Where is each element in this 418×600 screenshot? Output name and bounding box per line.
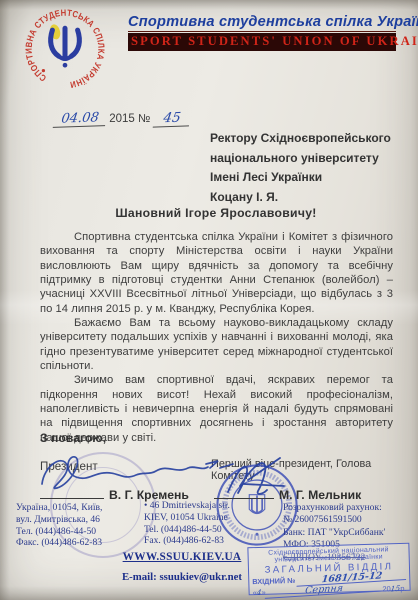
signature-row-right: М. Г. Мельник xyxy=(214,486,361,502)
handwritten-year: 15 xyxy=(390,584,401,594)
recipient-line: Коцану І. Я. xyxy=(210,188,400,208)
incoming-registration-stamp: Східноєвропейський національний універси… xyxy=(247,543,410,596)
recipient-block: Ректору Східноєвропейського національног… xyxy=(210,129,400,207)
salutation: Шановний Ігоре Ярославовичу! xyxy=(40,206,392,220)
incoming-number-label: ВХІДНИЙ № xyxy=(252,575,295,585)
footer-address-english: • 46 Dmitrievskaja str. KIEV, 01054 Ukra… xyxy=(144,500,230,547)
paragraph-2: Бажаємо Вам та всьому науково-викладацьк… xyxy=(40,316,393,373)
handwritten-month: Серпня xyxy=(265,582,383,598)
address-line: KIEV, 01054 Ukraine xyxy=(144,512,230,524)
recipient-line: національного університету xyxy=(210,149,400,169)
address-line: вул. Дмитрівська, 46 xyxy=(16,514,102,526)
website-url[interactable]: WWW.SSUU.KIEV.UA xyxy=(102,551,262,563)
bank-line: Розрахунковий рахунок: xyxy=(283,502,385,514)
org-title-ukrainian: Спортивна студентська спілка України xyxy=(128,14,396,32)
trident-emblem-icon xyxy=(42,23,80,72)
handwritten-day: 4 xyxy=(256,588,262,597)
printed-year-number: 2015 № xyxy=(109,113,150,125)
footer-address-ukrainian: Україна, 01054, Київ, вул. Дмитрівська, … xyxy=(16,502,102,549)
letter-page: СПОРТИВНА СТУДЕНТСЬКА СПІЛКА УКРАЇНИ Спо… xyxy=(0,0,418,600)
handwritten-outgoing-number: 45 xyxy=(152,109,191,127)
year-suffix: р. xyxy=(400,584,407,593)
signer-name-right: М. Г. Мельник xyxy=(279,488,361,502)
address-line: Тел. (044)486-44-50 xyxy=(16,526,102,538)
address-line: Fax. (044)486-62-83 xyxy=(144,535,230,547)
address-line: Україна, 01054, Київ, xyxy=(16,502,102,514)
organization-logo: СПОРТИВНА СТУДЕНТСЬКА СПІЛКА УКРАЇНИ xyxy=(20,4,110,94)
bank-line: № 26007561591500 xyxy=(283,514,385,526)
address-line: Факс. (044)486-62-83 xyxy=(16,537,102,549)
address-line: • 46 Dmitrievskaja str. xyxy=(144,500,230,512)
recipient-line: Імені Лесі Українки xyxy=(210,168,400,188)
address-line: Tel. (044)486-44-50 xyxy=(144,524,230,536)
header-title-block: Спортивна студентська спілка України SPO… xyxy=(128,14,396,51)
closing-phrase: З повагою, xyxy=(40,431,106,445)
org-title-english: SPORT STUDENTS' UNION OF UKRAINE xyxy=(128,33,396,51)
signature-line xyxy=(40,486,104,499)
handwritten-date: 04.08 xyxy=(53,110,108,128)
reference-line: 04.08 2015 № 45 xyxy=(54,110,190,127)
signature-line xyxy=(214,486,274,499)
stamp-date-row: « 4 » Серпня 2015 р. xyxy=(253,584,407,597)
letter-body: Спортивна студентська спілка України і К… xyxy=(40,230,393,445)
recipient-line: Ректору Східноєвропейського xyxy=(210,129,400,149)
paragraph-1: Спортивна студентська спілка України і К… xyxy=(40,230,393,316)
email-address[interactable]: E-mail: ssuukiev@ukr.net xyxy=(96,571,268,583)
bank-line: Банк: ПАТ "УкрСиббанк' xyxy=(283,527,385,539)
